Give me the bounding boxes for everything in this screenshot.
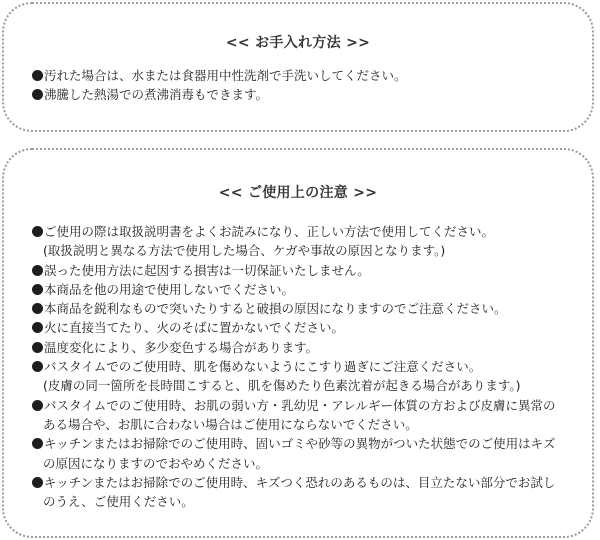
care-instructions-list: 汚れた場合は、水または食器用中性洗剤で手洗いしてください。 沸騰した熱湯での煮沸… (32, 66, 572, 105)
item-text: 本商品を他の用途で使用しないでください。 (44, 282, 294, 297)
usage-cautions-list: ご使用の際は取扱説明書をよくお読みになり、正しい方法で使用してください。 (取扱… (32, 222, 572, 511)
list-item: 汚れた場合は、水または食器用中性洗剤で手洗いしてください。 (32, 66, 572, 85)
list-item: バスタイムでのご使用時、お肌の弱い方・乳幼児・アレルギー体質の方および皮膚に異常… (32, 396, 572, 435)
item-text: 誤った使用方法に起因する損害は一切保証いたしません。 (44, 263, 370, 278)
item-text-continuation: (皮膚の同一箇所を長時間こすると、肌を傷めたり色素沈着が起きる場合があります。) (32, 376, 572, 395)
item-text: キッチンまたはお掃除でのご使用時、固いゴミや砂等の異物がついた状態でのご使用はキ… (44, 436, 555, 451)
item-text-continuation: のうえ、ご使用ください。 (32, 492, 572, 511)
item-text-continuation: の原因になりますのでおやめください。 (32, 454, 572, 473)
bullet-icon (32, 89, 43, 100)
list-item: キッチンまたはお掃除でのご使用時、固いゴミや砂等の異物がついた状態でのご使用はキ… (32, 434, 572, 473)
item-text-continuation: (取扱説明と異なる方法で使用した場合、ケガや事故の原因となります。) (32, 241, 572, 260)
list-item: 本商品を他の用途で使用しないでください。 (32, 280, 572, 299)
bullet-icon (32, 438, 43, 449)
bullet-icon (32, 226, 43, 237)
item-text-continuation: ある場合や、お肌に合わない場合はご使用にならないでください。 (32, 415, 572, 434)
list-item: 誤った使用方法に起因する損害は一切保証いたしません。 (32, 261, 572, 280)
care-instructions-title: << お手入れ方法 >> (4, 32, 592, 52)
item-text: 沸騰した熱湯での煮沸消毒もできます。 (44, 87, 268, 102)
list-item: バスタイムでのご使用時、肌を傷めないようにこすり過ぎにご注意ください。 (皮膚の… (32, 357, 572, 396)
list-item: キッチンまたはお掃除でのご使用時、キズつく恐れのあるものは、目立たない部分でお試… (32, 473, 572, 512)
usage-cautions-title: << ご使用上の注意 >> (4, 182, 592, 202)
bullet-icon (32, 70, 43, 81)
bullet-icon (32, 303, 43, 314)
item-text: バスタイムでのご使用時、肌を傷めないようにこすり過ぎにご注意ください。 (44, 359, 481, 374)
item-text: バスタイムでのご使用時、お肌の弱い方・乳幼児・アレルギー体質の方および皮膚に異常… (44, 398, 555, 413)
item-text: 汚れた場合は、水または食器用中性洗剤で手洗いしてください。 (44, 68, 407, 83)
bullet-icon (32, 361, 43, 372)
item-text: ご使用の際は取扱説明書をよくお読みになり、正しい方法で使用してください。 (44, 224, 494, 239)
item-text: 火に直接当てたり、火のそばに置かないでください。 (44, 320, 344, 335)
bullet-icon (32, 342, 43, 353)
list-item: 沸騰した熱湯での煮沸消毒もできます。 (32, 85, 572, 104)
bullet-icon (32, 400, 43, 411)
list-item: 温度変化により、多少変色する場合があります。 (32, 338, 572, 357)
bullet-icon (32, 322, 43, 333)
item-text: キッチンまたはお掃除でのご使用時、キズつく恐れのあるものは、目立たない部分でお試… (44, 475, 555, 490)
item-text: 本商品を鋭利なもので突いたりすると破損の原因になりますのでご注意ください。 (44, 301, 507, 316)
list-item: 本商品を鋭利なもので突いたりすると破損の原因になりますのでご注意ください。 (32, 299, 572, 318)
bullet-icon (32, 265, 43, 276)
list-item: ご使用の際は取扱説明書をよくお読みになり、正しい方法で使用してください。 (取扱… (32, 222, 572, 261)
care-instructions-panel: << お手入れ方法 >> 汚れた場合は、水または食器用中性洗剤で手洗いしてくださ… (2, 2, 594, 132)
list-item: 火に直接当てたり、火のそばに置かないでください。 (32, 318, 572, 337)
bullet-icon (32, 477, 43, 488)
item-text: 温度変化により、多少変色する場合があります。 (44, 340, 318, 355)
bullet-icon (32, 284, 43, 295)
usage-cautions-panel: << ご使用上の注意 >> ご使用の際は取扱説明書をよくお読みになり、正しい方法… (2, 148, 594, 538)
